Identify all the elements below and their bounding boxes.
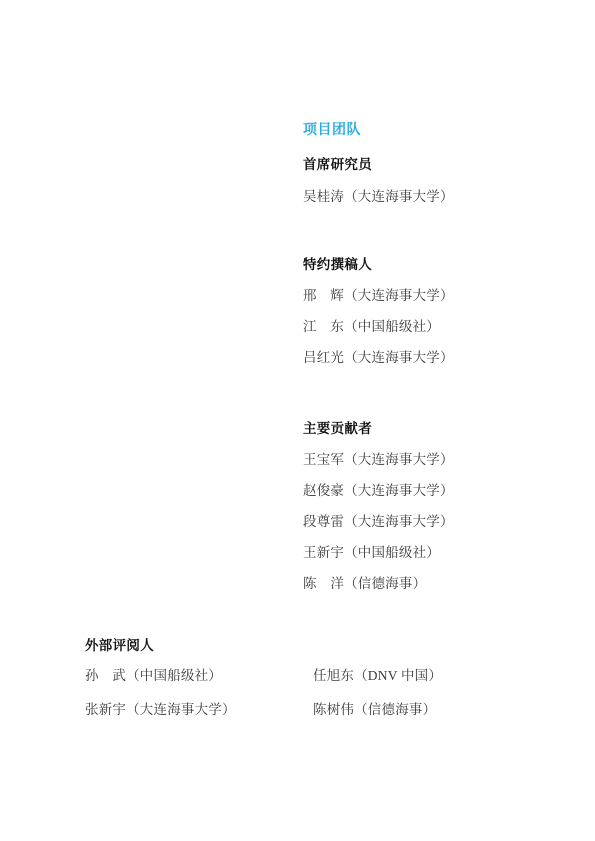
group-special-contributors: 特约撰稿人 邢 辉（大连海事大学） 江 东（中国船级社） 吕红光（大连海事大学）: [303, 257, 563, 366]
document-page: 项目团队 首席研究员 吴桂涛（大连海事大学） 特约撰稿人 邢 辉（大连海事大学）…: [0, 0, 595, 841]
member-line: 赵俊豪（大连海事大学）: [303, 483, 563, 499]
group-heading-external-reviewers: 外部评阅人: [85, 638, 545, 654]
group-chief-researcher: 首席研究员 吴桂涛（大连海事大学）: [303, 157, 563, 205]
reviewer-row: 张新宇（大连海事大学） 陈树伟（信德海事）: [85, 702, 545, 718]
member-line: 陈树伟（信德海事）: [313, 702, 545, 718]
member-line: 吴桂涛（大连海事大学）: [303, 189, 563, 205]
member-line: 吕红光（大连海事大学）: [303, 350, 563, 366]
member-line: 孙 武（中国船级社）: [85, 668, 313, 684]
member-line: 邢 辉（大连海事大学）: [303, 288, 563, 304]
member-line: 陈 洋（信德海事）: [303, 576, 563, 592]
reviewer-row: 孙 武（中国船级社） 任旭东（DNV 中国）: [85, 668, 545, 684]
group-heading-main-contributors: 主要贡献者: [303, 421, 563, 437]
member-line: 张新宇（大连海事大学）: [85, 702, 313, 718]
group-heading-chief-researcher: 首席研究员: [303, 157, 563, 173]
section-title-project-team: 项目团队: [303, 121, 563, 137]
member-line: 任旭东（DNV 中国）: [313, 668, 545, 684]
member-line: 段尊雷（大连海事大学）: [303, 514, 563, 530]
member-line: 王新宇（中国船级社）: [303, 545, 563, 561]
group-main-contributors: 主要贡献者 王宝军（大连海事大学） 赵俊豪（大连海事大学） 段尊雷（大连海事大学…: [303, 421, 563, 592]
group-heading-special-contributors: 特约撰稿人: [303, 257, 563, 273]
external-reviewers-section: 外部评阅人 孙 武（中国船级社） 任旭东（DNV 中国） 张新宇（大连海事大学）…: [85, 638, 545, 736]
member-line: 王宝军（大连海事大学）: [303, 452, 563, 468]
member-line: 江 东（中国船级社）: [303, 319, 563, 335]
project-team-section: 项目团队 首席研究员 吴桂涛（大连海事大学） 特约撰稿人 邢 辉（大连海事大学）…: [303, 121, 563, 592]
